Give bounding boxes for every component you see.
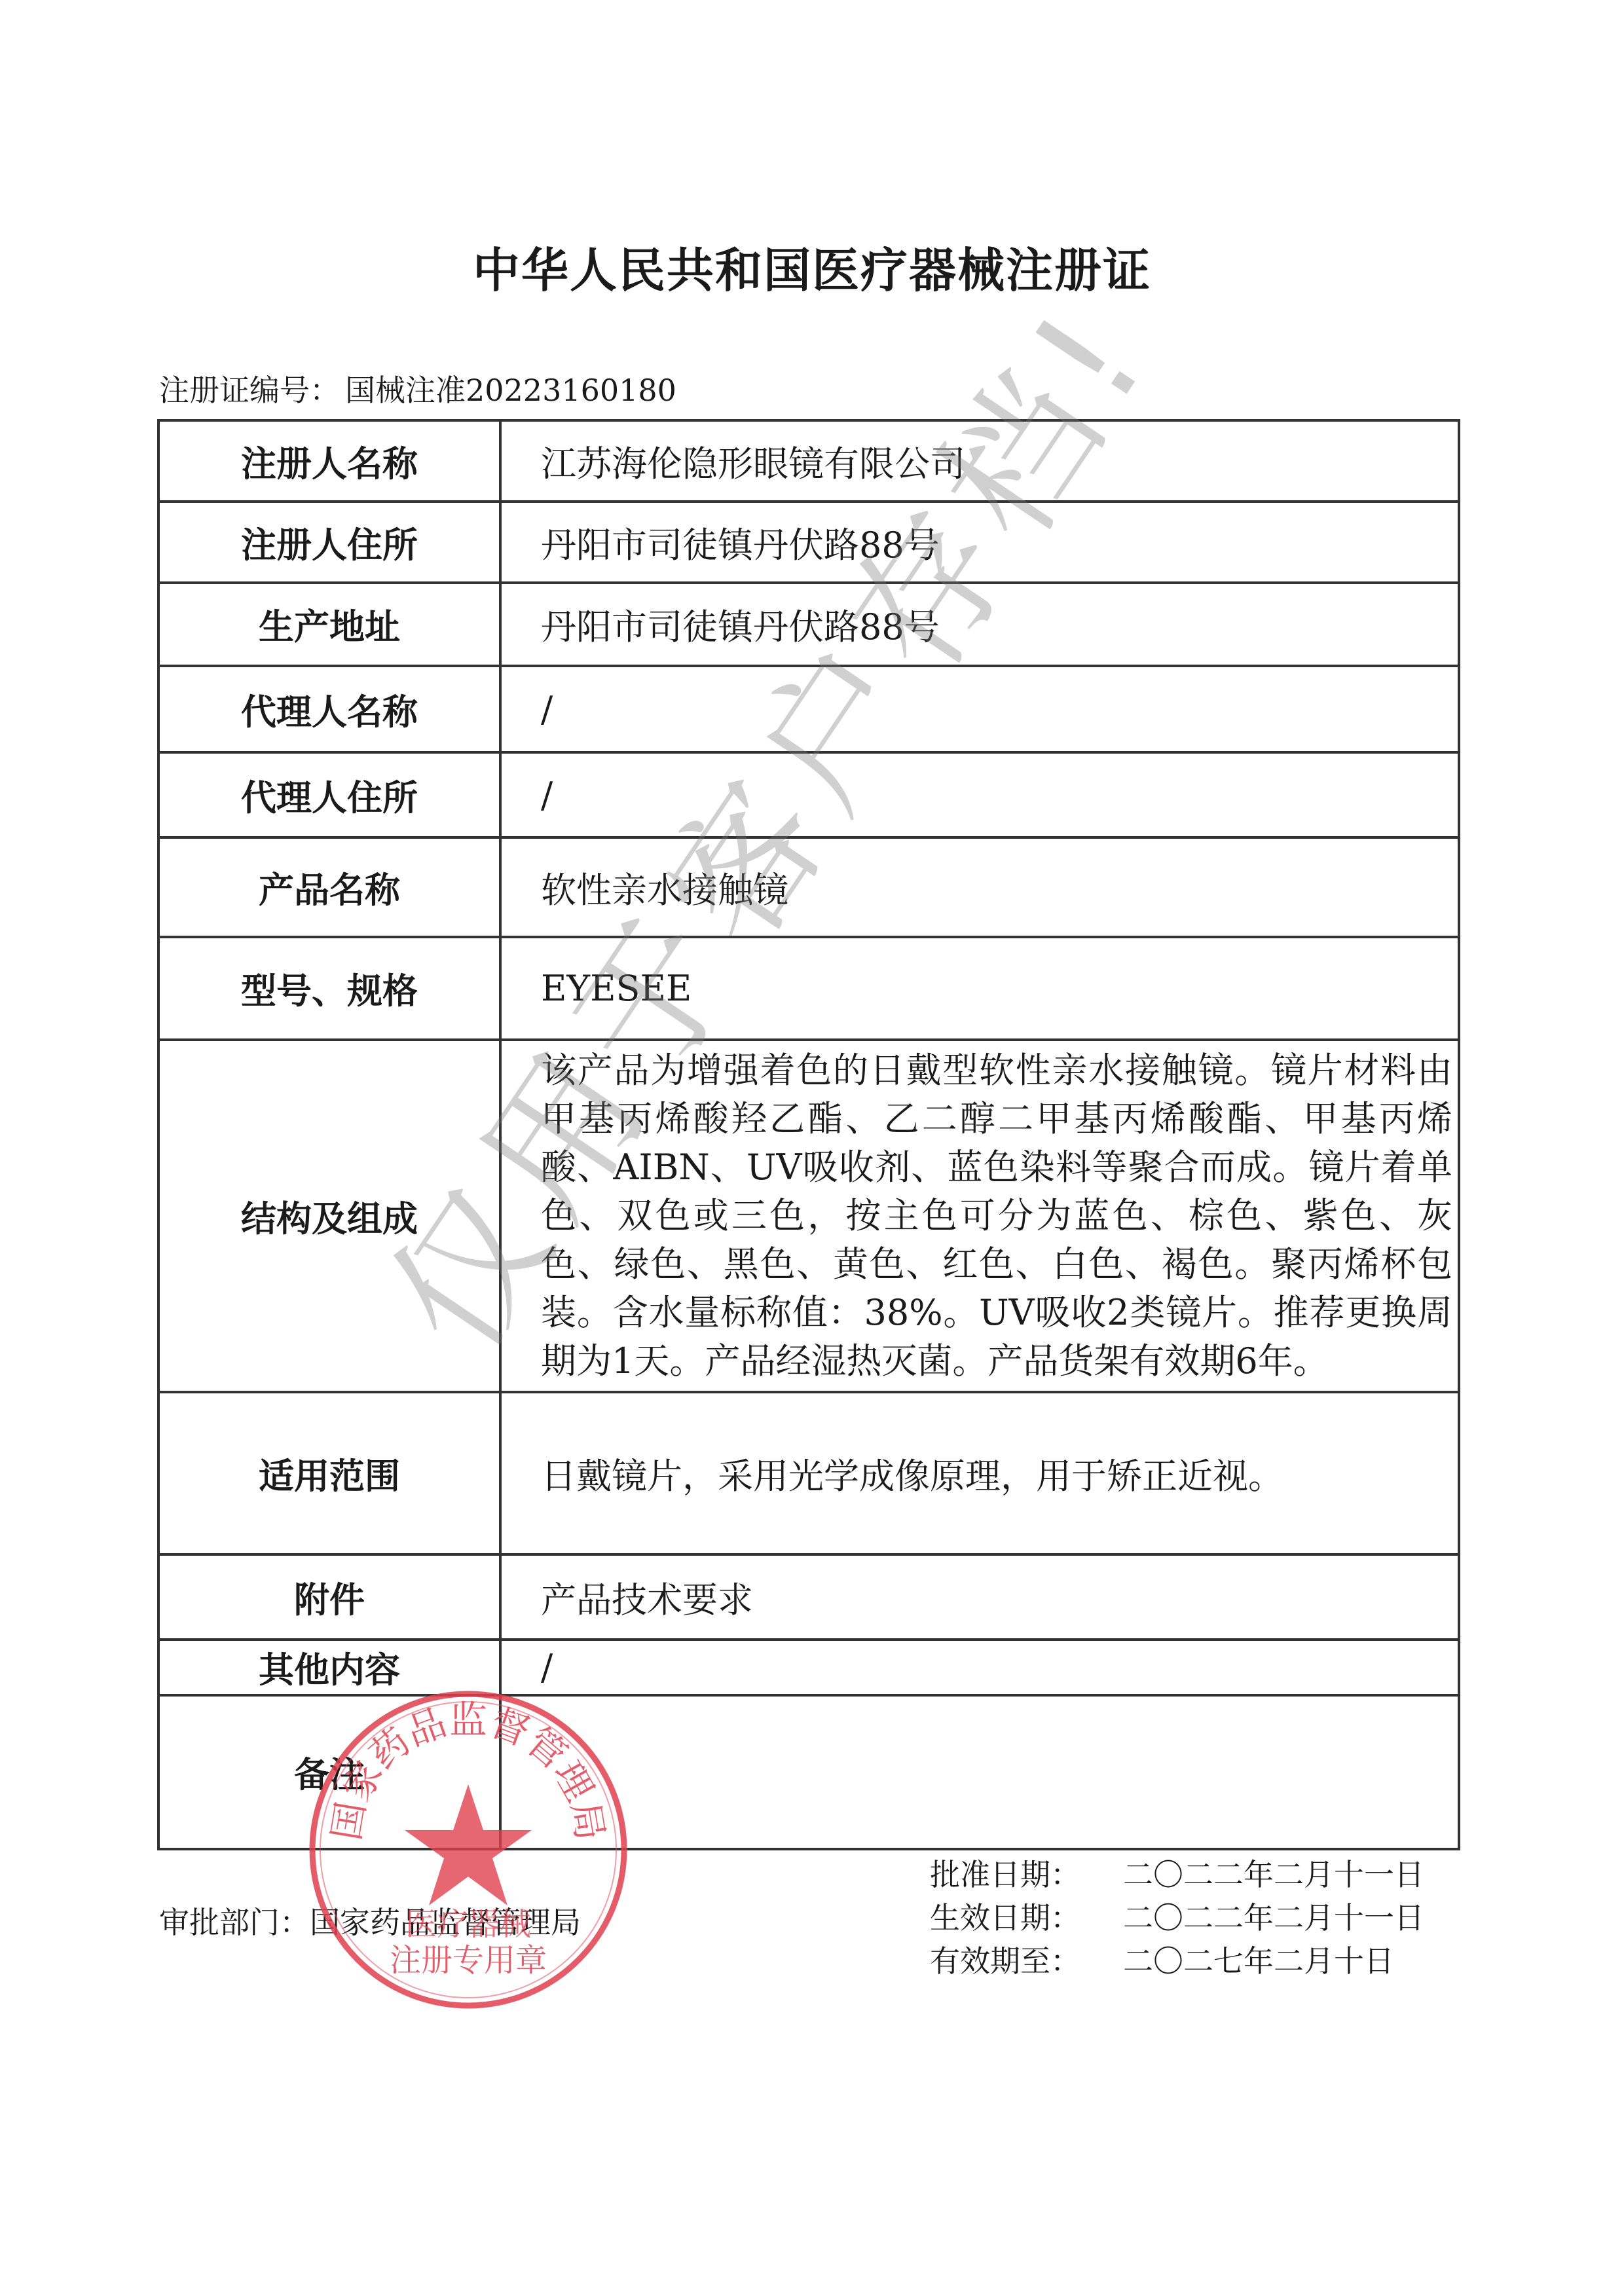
dates-block: 批准日期： 二〇二二年二月十一日 生效日期： 二〇二二年二月十一日 有效期至： … <box>930 1853 1424 1983</box>
document-title: 中华人民共和国医疗器械注册证 <box>0 232 1624 301</box>
row-label: 产品名称 <box>158 837 500 937</box>
table-row: 适用范围 日戴镜片，采用光学成像原理，用于矫正近视。 <box>158 1392 1459 1554</box>
table-row: 型号、规格 EYESEE <box>158 937 1459 1040</box>
row-label: 备注 <box>158 1695 500 1849</box>
row-value: / <box>500 1640 1459 1695</box>
row-label: 注册人名称 <box>158 420 500 502</box>
table-row: 生产地址 丹阳市司徒镇丹伏路88号 <box>158 583 1459 666</box>
table-row: 附件 产品技术要求 <box>158 1554 1459 1640</box>
row-value <box>500 1695 1459 1849</box>
table-row: 结构及组成 该产品为增强着色的日戴型软性亲水接触镜。镜片材料由甲基丙烯酸羟乙酯、… <box>158 1040 1459 1392</box>
row-value: / <box>500 752 1459 837</box>
approval-department-label: 审批部门： <box>159 1905 310 1940</box>
row-value: 丹阳市司徒镇丹伏路88号 <box>500 583 1459 666</box>
table-row: 注册人名称 江苏海伦隐形眼镜有限公司 <box>158 420 1459 502</box>
row-value: 日戴镜片，采用光学成像原理，用于矫正近视。 <box>500 1392 1459 1554</box>
table-row: 备注 <box>158 1695 1459 1849</box>
date-value: 二〇二二年二月十一日 <box>1123 1853 1424 1896</box>
date-label: 有效期至： <box>930 1939 1123 1983</box>
row-label: 适用范围 <box>158 1392 500 1554</box>
expiry-date: 有效期至： 二〇二七年二月十日 <box>930 1939 1424 1983</box>
row-label: 代理人住所 <box>158 752 500 837</box>
date-value: 二〇二二年二月十一日 <box>1123 1896 1424 1939</box>
registration-number-value: 国械注准20223160180 <box>345 373 676 408</box>
row-value: EYESEE <box>500 937 1459 1040</box>
approval-date: 批准日期： 二〇二二年二月十一日 <box>930 1853 1424 1896</box>
row-label: 代理人名称 <box>158 666 500 752</box>
date-label: 批准日期： <box>930 1853 1123 1896</box>
date-label: 生效日期： <box>930 1896 1123 1939</box>
row-value: 软性亲水接触镜 <box>500 837 1459 937</box>
svg-text:注册专用章: 注册专用章 <box>390 1942 547 1979</box>
approval-department: 审批部门：国家药品监督管理局 <box>159 1899 581 1942</box>
table-row: 注册人住所 丹阳市司徒镇丹伏路88号 <box>158 502 1459 583</box>
row-value: 该产品为增强着色的日戴型软性亲水接触镜。镜片材料由甲基丙烯酸羟乙酯、乙二醇二甲基… <box>500 1040 1459 1392</box>
certificate-table: 注册人名称 江苏海伦隐形眼镜有限公司 注册人住所 丹阳市司徒镇丹伏路88号 生产… <box>157 419 1460 1850</box>
row-label: 附件 <box>158 1554 500 1640</box>
row-label: 注册人住所 <box>158 502 500 583</box>
table-row: 代理人住所 / <box>158 752 1459 837</box>
row-value: / <box>500 666 1459 752</box>
row-value: 产品技术要求 <box>500 1554 1459 1640</box>
table-row: 代理人名称 / <box>158 666 1459 752</box>
row-label: 其他内容 <box>158 1640 500 1695</box>
table-row: 产品名称 软性亲水接触镜 <box>158 837 1459 937</box>
effective-date: 生效日期： 二〇二二年二月十一日 <box>930 1896 1424 1939</box>
registration-number: 注册证编号：国械注准20223160180 <box>159 367 682 410</box>
approval-department-value: 国家药品监督管理局 <box>310 1905 581 1940</box>
row-value: 丹阳市司徒镇丹伏路88号 <box>500 502 1459 583</box>
table-row: 其他内容 / <box>158 1640 1459 1695</box>
registration-number-label: 注册证编号： <box>159 373 340 408</box>
date-value: 二〇二七年二月十日 <box>1123 1939 1394 1983</box>
row-label: 结构及组成 <box>158 1040 500 1392</box>
row-label: 生产地址 <box>158 583 500 666</box>
row-label: 型号、规格 <box>158 937 500 1040</box>
row-value: 江苏海伦隐形眼镜有限公司 <box>500 420 1459 502</box>
